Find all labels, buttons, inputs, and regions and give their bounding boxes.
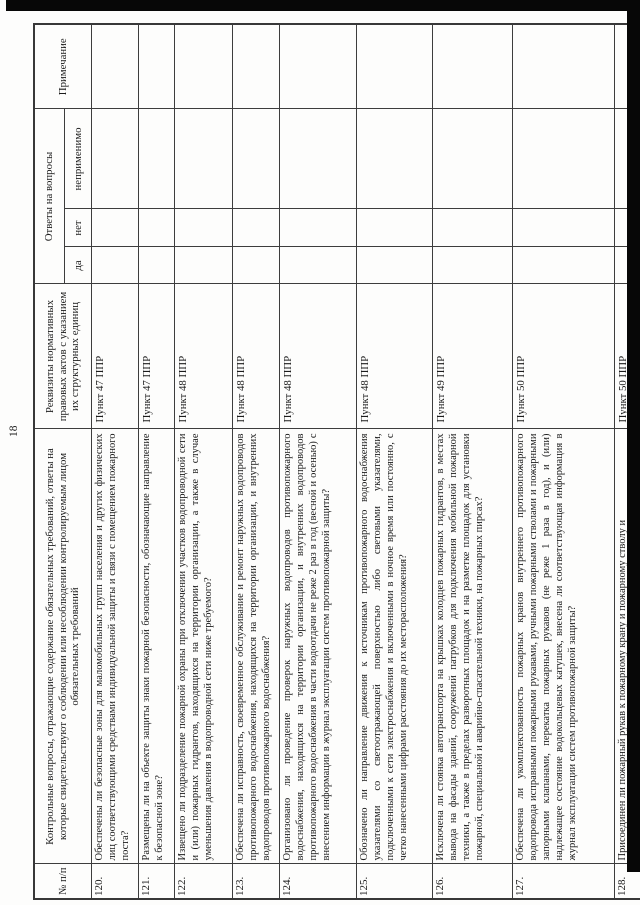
cell-answer-no xyxy=(357,209,433,247)
cell-answer-yes xyxy=(233,247,280,284)
checklist-rows: 120.Обеспечены ли безопасные зоны для ма… xyxy=(92,24,640,899)
cell-question: Обеспечена ли укомплектованность пожарны… xyxy=(513,429,615,864)
cell-requisite: Пункт 48 ППР xyxy=(357,284,433,429)
cell-note xyxy=(175,24,233,109)
table-row: 123.Обеспечена ли исправность, своевреме… xyxy=(233,24,280,899)
header-answer-yes: да xyxy=(65,247,92,284)
cell-answer-na xyxy=(280,109,357,209)
row-number: 125. xyxy=(357,864,433,899)
header-answers: Ответы на вопросы xyxy=(34,109,65,284)
cell-answer-yes xyxy=(280,247,357,284)
table-row: 124.Организовано ли проведение проверок … xyxy=(280,24,357,899)
scan-artifact-right-bar xyxy=(627,0,640,872)
cell-answer-yes xyxy=(92,247,139,284)
page-number: 18 xyxy=(8,426,20,438)
cell-requisite: Пункт 47 ППР xyxy=(139,284,175,429)
table-row: 121.Размещены ли на объекте защиты знаки… xyxy=(139,24,175,899)
header-requisites: Реквизиты нормативных правовых актов с у… xyxy=(34,284,92,429)
cell-answer-na xyxy=(175,109,233,209)
header-questions: Контрольные вопросы, отражающие содержан… xyxy=(34,429,92,864)
cell-requisite: Пункт 49 ППР xyxy=(433,284,513,429)
cell-answer-no xyxy=(233,209,280,247)
cell-answer-yes xyxy=(139,247,175,284)
cell-answer-no xyxy=(92,209,139,247)
cell-answer-no xyxy=(513,209,615,247)
cell-answer-yes xyxy=(357,247,433,284)
cell-question: Исключена ли стоянка автотранспорта на к… xyxy=(433,429,513,864)
cell-question: Обеспечены ли безопасные зоны для маломо… xyxy=(92,429,139,864)
row-number: 127. xyxy=(513,864,615,899)
cell-question: Обозначено ли направление движения к ист… xyxy=(357,429,433,864)
cell-answer-yes xyxy=(433,247,513,284)
row-number: 122. xyxy=(175,864,233,899)
cell-answer-na xyxy=(513,109,615,209)
cell-question: Обеспечена ли исправность, своевременное… xyxy=(233,429,280,864)
cell-note xyxy=(357,24,433,109)
cell-note xyxy=(433,24,513,109)
cell-answer-yes xyxy=(513,247,615,284)
cell-answer-na xyxy=(139,109,175,209)
row-number: 126. xyxy=(433,864,513,899)
row-number: 123. xyxy=(233,864,280,899)
cell-note xyxy=(513,24,615,109)
table-row: 125.Обозначено ли направление движения к… xyxy=(357,24,433,899)
scanned-page: 18 № п/п Контрольные вопросы, отражающие… xyxy=(0,0,640,905)
header-answer-na: неприменимо xyxy=(65,109,92,209)
row-number: 120. xyxy=(92,864,139,899)
row-number: 121. xyxy=(139,864,175,899)
cell-answer-na xyxy=(233,109,280,209)
cell-requisite: Пункт 48 ППР xyxy=(280,284,357,429)
checklist-table: № п/п Контрольные вопросы, отражающие со… xyxy=(33,23,640,900)
header-note: Примечание xyxy=(34,24,92,109)
cell-requisite: Пункт 50 ППР xyxy=(513,284,615,429)
cell-requisite: Пункт 48 ППР xyxy=(233,284,280,429)
cell-note xyxy=(280,24,357,109)
cell-answer-yes xyxy=(175,247,233,284)
cell-answer-na xyxy=(357,109,433,209)
row-number: 124. xyxy=(280,864,357,899)
cell-question: Извещено ли подразделение пожарной охран… xyxy=(175,429,233,864)
header-num: № п/п xyxy=(34,864,92,899)
cell-answer-no xyxy=(175,209,233,247)
cell-answer-no xyxy=(433,209,513,247)
cell-question: Организовано ли проведение проверок нару… xyxy=(280,429,357,864)
header-answer-no: нет xyxy=(65,209,92,247)
cell-note xyxy=(92,24,139,109)
cell-note xyxy=(233,24,280,109)
table-row: 120.Обеспечены ли безопасные зоны для ма… xyxy=(92,24,139,899)
scan-artifact-top-bar xyxy=(6,0,640,11)
cell-requisite: Пункт 47 ППР xyxy=(92,284,139,429)
cell-requisite: Пункт 48 ППР xyxy=(175,284,233,429)
cell-answer-no xyxy=(139,209,175,247)
cell-answer-no xyxy=(280,209,357,247)
cell-question: Размещены ли на объекте защиты знаки пож… xyxy=(139,429,175,864)
table-row: 122.Извещено ли подразделение пожарной о… xyxy=(175,24,233,899)
cell-answer-na xyxy=(433,109,513,209)
cell-answer-na xyxy=(92,109,139,209)
table-row: 127.Обеспечена ли укомплектованность пож… xyxy=(513,24,615,899)
cell-note xyxy=(139,24,175,109)
rotated-document-layer: 18 № п/п Контрольные вопросы, отражающие… xyxy=(0,0,640,905)
table-row: 126.Исключена ли стоянка автотранспорта … xyxy=(433,24,513,899)
